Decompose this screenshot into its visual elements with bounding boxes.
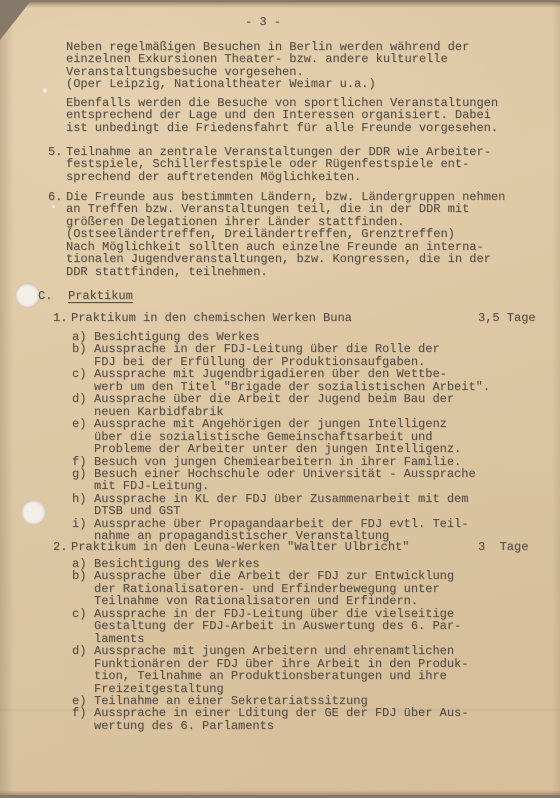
text-line: Probleme der Arbeiter unter den jungen I… (94, 443, 527, 455)
item-text: Aussprache mit Angehörigen der jungen In… (94, 418, 527, 455)
lettered-item: c)Aussprache mit Jugendbrigadieren über … (72, 368, 527, 393)
text-line: Gestaltung der FDJ-Arbeit in Auswertung … (94, 620, 527, 632)
intro-paragraph-2: Ebenfalls werden die Besuche von sportli… (66, 97, 498, 134)
practicum-2-header: 2. Praktikum in den Leuna-Werken "Walter… (53, 541, 548, 553)
item-letter: f) (72, 707, 86, 719)
text-line: (Oper Leipzig, Nationaltheater Weimar u.… (66, 78, 469, 90)
item-letter: b) (72, 570, 86, 582)
practicum-1-header: 1. Praktikum in den chemischen Werken Bu… (53, 312, 548, 324)
practicum-title: Praktikum in den chemischen Werken Buna (71, 312, 352, 324)
item-text: Aussprache mit Jugendbrigadieren über de… (94, 368, 527, 393)
item-text: Die Freunde aus bestimmten Ländern, bzw.… (66, 191, 505, 278)
lettered-item: b)Aussprache über die Arbeit der FDJ zur… (72, 570, 527, 607)
lettered-item: i)Aussprache über Propagandaarbeit der F… (72, 518, 527, 543)
practicum-2-items: a)Besichtigung des Werkesb)Aussprache üb… (72, 558, 527, 732)
item-letter: c) (72, 368, 86, 380)
item-letter: i) (72, 518, 86, 530)
page-number: - 3 - (245, 16, 281, 28)
lettered-item: d)Aussprache mit jungen Arbeitern und eh… (72, 645, 527, 695)
lettered-item: h)Aussprache in KL der FDJ über Zusammen… (72, 493, 527, 518)
intro-paragraph-1: Neben regelmäßigen Besuchen in Berlin we… (66, 41, 469, 91)
punch-hole-bottom (21, 500, 46, 525)
practicum-number: 2. (53, 541, 67, 553)
item-letter: d) (72, 393, 86, 405)
text-line: tion, Teilnahme an Produktionsberatungen… (94, 670, 527, 682)
numbered-item-6: 6. Die Freunde aus bestimmten Ländern, b… (48, 191, 505, 278)
text-line: tionalen Jugendveranstaltungen, bzw. Kon… (66, 253, 505, 265)
lettered-item: d)Aussprache über die Arbeit der Jugend … (72, 393, 527, 418)
item-letter: g) (72, 468, 86, 480)
lettered-item: b)Aussprache in der FDJ-Leitung über die… (72, 343, 527, 368)
lettered-item: e)Aussprache mit Angehörigen der jungen … (72, 418, 527, 455)
practicum-1-items: a)Besichtigung des Werkesb)Aussprache in… (72, 331, 527, 543)
item-text: Aussprache über die Arbeit der Jugend be… (94, 393, 527, 418)
practicum-number: 1. (53, 312, 67, 324)
section-heading: C. Praktikum (38, 290, 133, 302)
lettered-item: g)Besuch einer Hochschule oder Universit… (72, 468, 527, 493)
text-line: sprechend der auftretenden Möglichkeiten… (66, 171, 491, 183)
text-line: Aussprache mit jungen Arbeitern und ehre… (94, 645, 527, 657)
item-text: Aussprache in KL der FDJ über Zusammenar… (94, 493, 527, 518)
item-text: Aussprache über Propagandaarbeit der FDJ… (94, 518, 527, 543)
item-number: 5. (48, 146, 62, 158)
item-text: Aussprache in einer Lditung der GE der F… (94, 707, 527, 732)
scan-background: { "page": { "number_label": "- 3 -" }, "… (0, 0, 560, 798)
section-title: Praktikum (68, 290, 133, 302)
item-letter: d) (72, 645, 86, 657)
item-letter: b) (72, 343, 86, 355)
item-text: Aussprache in der FDJ-Leitung über die R… (94, 343, 527, 368)
lettered-item: c)Aussprache in der FDJ-Leitung über die… (72, 608, 527, 645)
text-line: DDR stattfinden, teilnehmen. (66, 266, 505, 278)
text-line: DTSB und GST (94, 505, 527, 517)
text-line: ist unbedingt die Friedensfahrt für alle… (66, 122, 498, 134)
practicum-title: Praktikum in den Leuna-Werken "Walter Ul… (71, 541, 409, 553)
text-line: wertung des 6. Parlaments (94, 720, 527, 732)
item-number: 6. (48, 191, 62, 203)
lettered-item: f)Aussprache in einer Lditung der GE der… (72, 707, 527, 732)
practicum-duration: 3 Tage (478, 541, 528, 553)
section-letter: C. (38, 290, 52, 302)
item-text: Teilnahme an zentrale Veranstaltungen de… (66, 146, 491, 183)
text-line: Aussprache mit Angehörigen der jungen In… (94, 418, 527, 430)
item-letter: h) (72, 493, 86, 505)
text-line: Aussprache über die Arbeit der Jugend be… (94, 393, 527, 405)
item-text: Besuch einer Hochschule oder Universität… (94, 468, 527, 493)
item-letter: e) (72, 418, 86, 430)
text-line: (Ostseeländertreffen, Dreiländertreffen,… (66, 228, 505, 240)
text-line: Teilnahme von Rationalisatoren und Erfin… (94, 595, 527, 607)
numbered-item-5: 5. Teilnahme an zentrale Veranstaltungen… (48, 146, 491, 183)
text-line: Aussprache mit Jugendbrigadieren über de… (94, 368, 527, 380)
item-text: Aussprache mit jungen Arbeitern und ehre… (94, 645, 527, 695)
item-text: Aussprache über die Arbeit der FDJ zur E… (94, 570, 527, 607)
practicum-duration: 3,5 Tage (478, 312, 536, 324)
punch-hole-top (15, 283, 40, 308)
document-page: - 3 - Neben regelmäßigen Besuchen in Ber… (0, 2, 560, 795)
paper-speck (43, 88, 47, 93)
item-text: Aussprache in der FDJ-Leitung über die v… (94, 608, 527, 645)
item-letter: c) (72, 608, 86, 620)
